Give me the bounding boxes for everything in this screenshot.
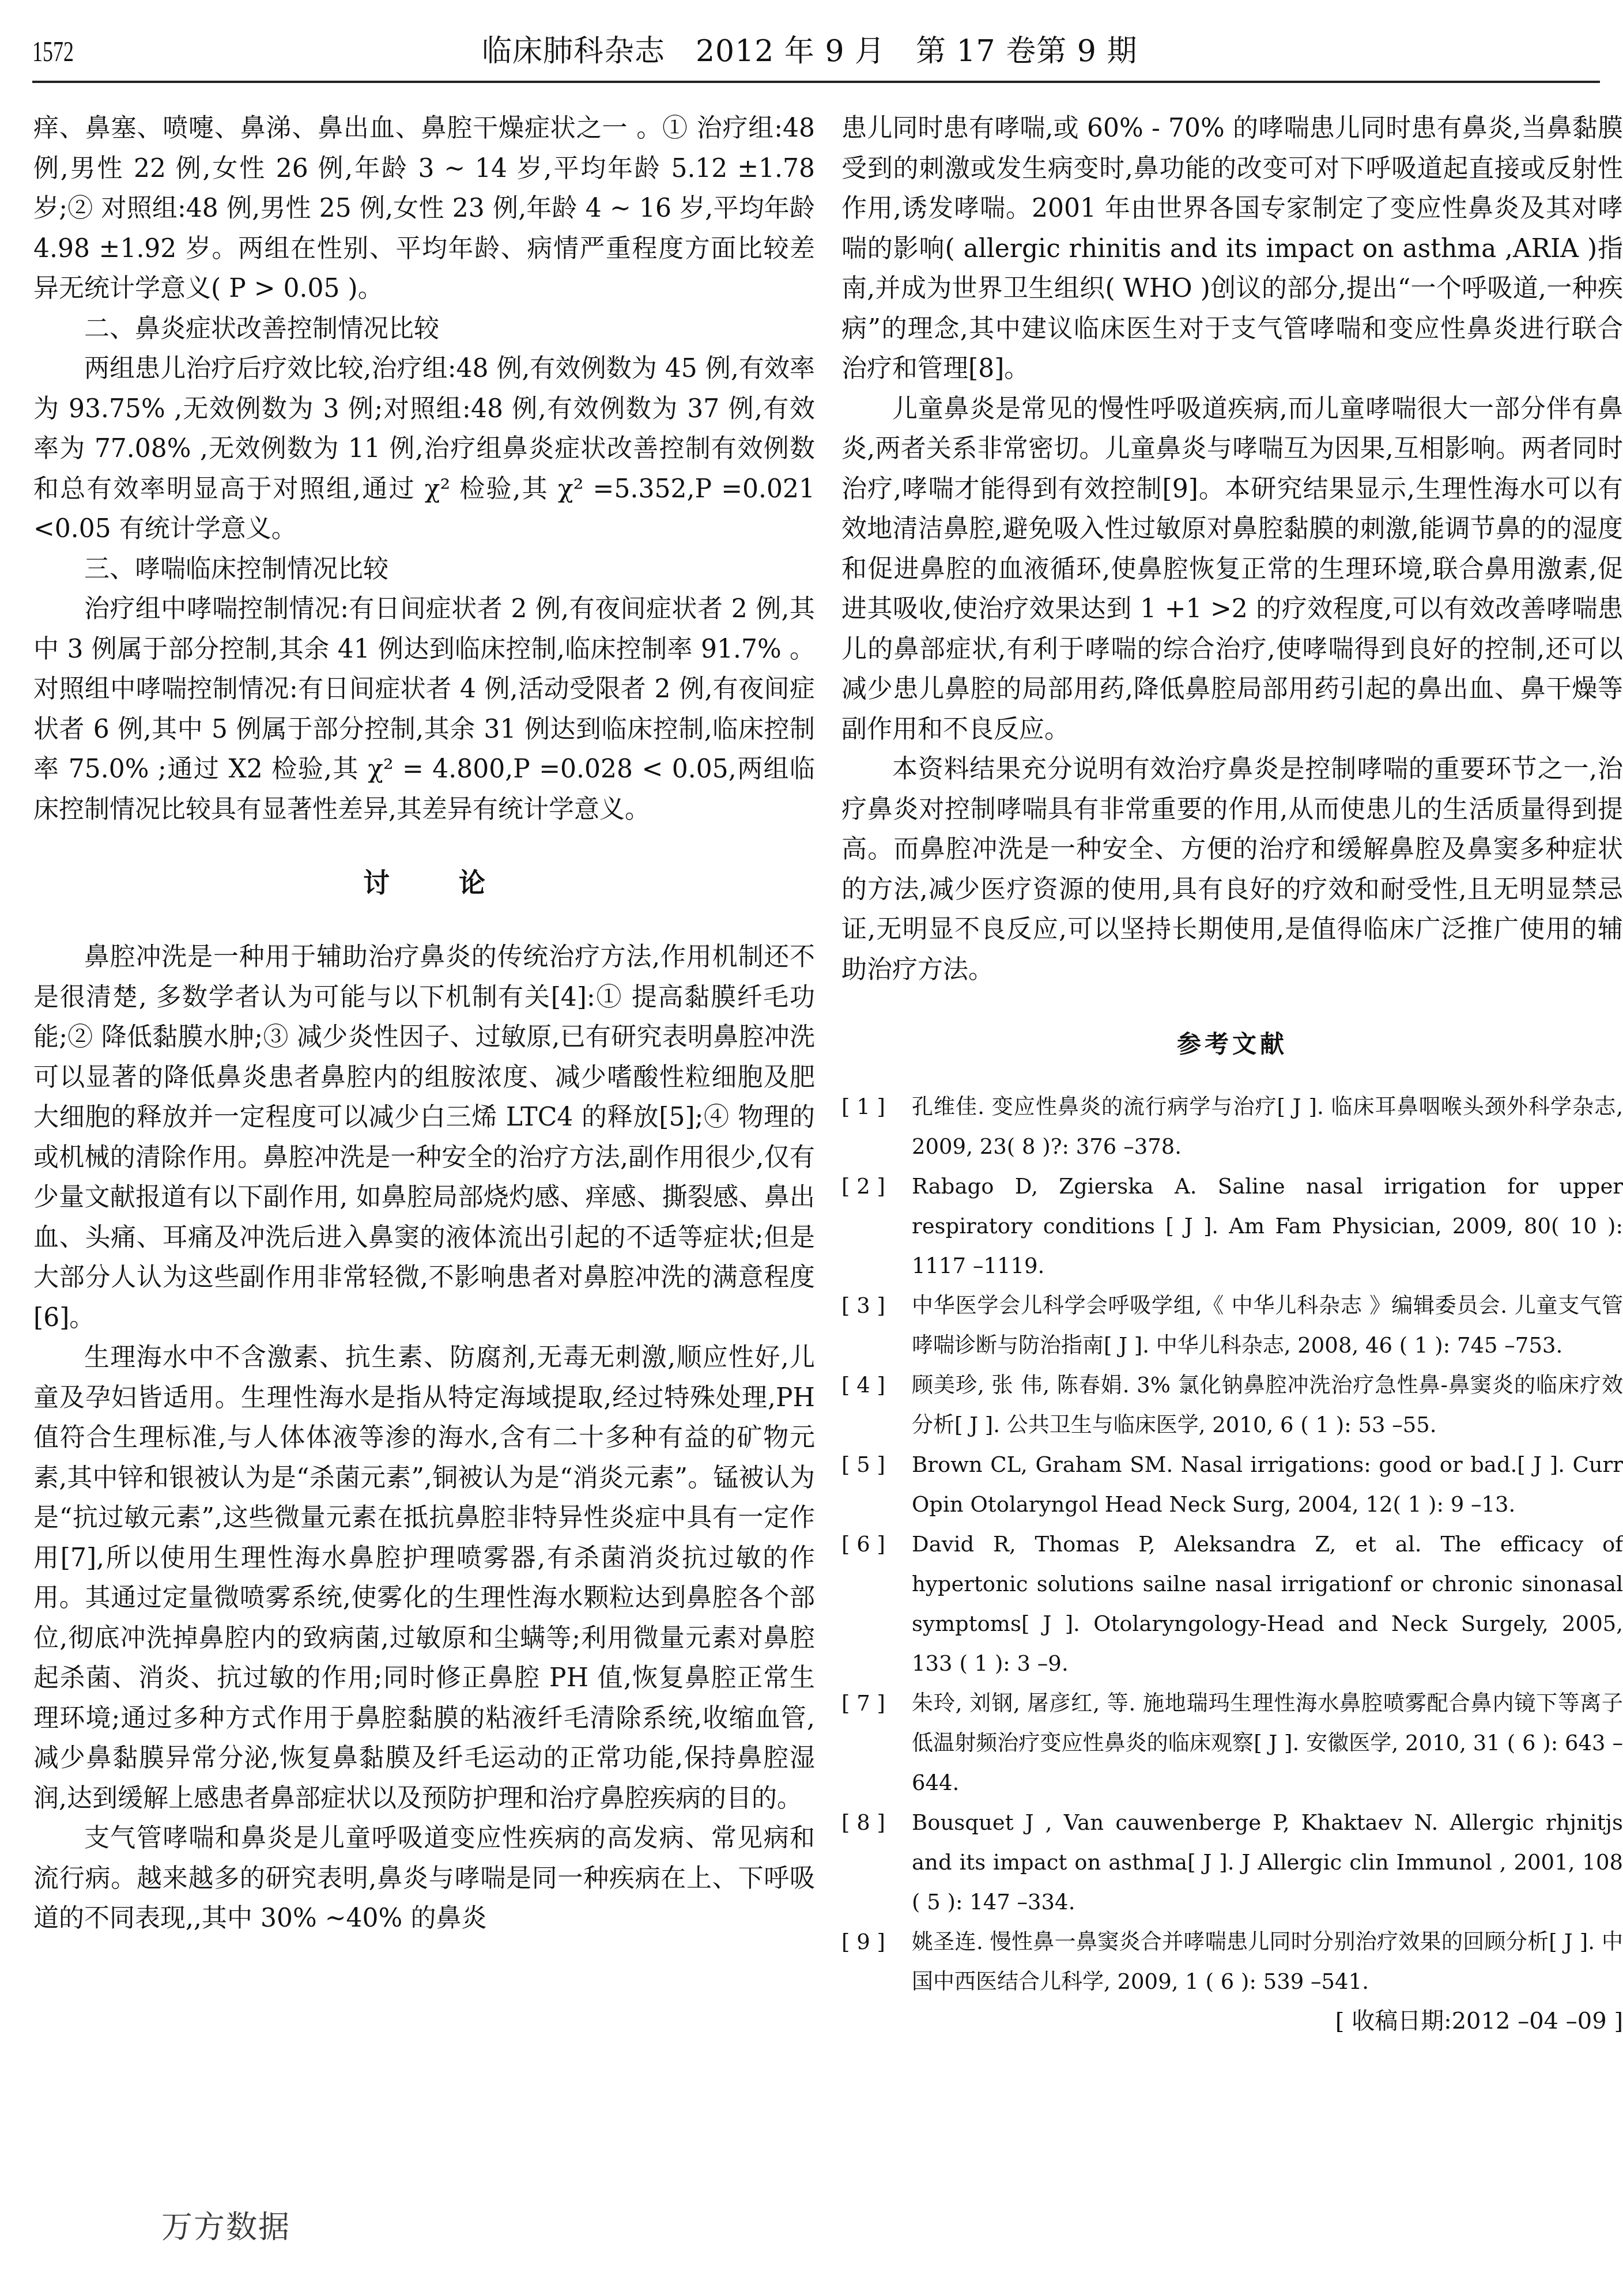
right-column: 患儿同时患有哮喘,或 60% - 70% 的哮喘患儿同时患有鼻炎,当鼻黏膜受到的… <box>841 108 1623 2041</box>
reference-text: Bousquet J , Van cauwenberge P, Khaktaev… <box>912 1803 1623 1922</box>
reference-text: David R, Thomas P, Aleksandra Z, et al. … <box>912 1524 1623 1683</box>
reference-text: Brown CL, Graham SM. Nasal irrigations: … <box>912 1445 1623 1524</box>
reference-number: [ 6 ] <box>841 1524 912 1683</box>
subheading-asthma-control: 三、哮喘临床控制情况比较 <box>33 549 815 590</box>
reference-item: [ 7 ] 朱玲, 刘钢, 屠彦红, 等. 施地瑞玛生理性海水鼻腔喷雾配合鼻内镜… <box>841 1683 1623 1803</box>
paragraph-rhinitis-results: 两组患儿治疗后疗效比较,治疗组:48 例,有效例数为 45 例,有效率为 93.… <box>33 349 815 549</box>
paragraph-aria: 患儿同时患有哮喘,或 60% - 70% 的哮喘患儿同时患有鼻炎,当鼻黏膜受到的… <box>841 108 1623 389</box>
received-date: [ 收稿日期:2012 –04 –09 ] <box>841 2002 1623 2041</box>
reference-number: [ 9 ] <box>841 1922 912 2002</box>
reference-item: [ 4 ] 顾美珍, 张 伟, 陈春娟. 3% 氯化钠鼻腔冲洗治疗急性鼻-鼻窦炎… <box>841 1365 1623 1445</box>
page-header: 1572 临床肺科杂志 2012 年 9 月 第 17 卷第 9 期 <box>32 28 1600 75</box>
paragraph-asthma-rhinitis: 支气管哮喘和鼻炎是儿童呼吸道变应性疾病的高发病、常见病和流行病。越来越多的研究表… <box>33 1818 815 1939</box>
reference-number: [ 4 ] <box>841 1365 912 1445</box>
reference-text: 朱玲, 刘钢, 屠彦红, 等. 施地瑞玛生理性海水鼻腔喷雾配合鼻内镜下等离子低温… <box>912 1683 1623 1803</box>
header-rule <box>32 81 1600 83</box>
watermark-logo: 万方数据 <box>161 2203 290 2247</box>
reference-number: [ 8 ] <box>841 1803 912 1922</box>
reference-item: [ 8 ] Bousquet J , Van cauwenberge P, Kh… <box>841 1803 1623 1922</box>
reference-text: 顾美珍, 张 伟, 陈春娟. 3% 氯化钠鼻腔冲洗治疗急性鼻-鼻窦炎的临床疗效分… <box>912 1365 1623 1445</box>
paragraph-sea-water: 生理海水中不含激素、抗生素、防腐剂,无毒无刺激,顺应性好,儿童及孕妇皆适用。生理… <box>33 1338 815 1818</box>
reference-item: [ 3 ] 中华医学会儿科学会呼吸学组,《 中华儿科杂志 》编辑委员会. 儿童支… <box>841 1286 1623 1365</box>
left-column: 痒、鼻塞、喷嚏、鼻涕、鼻出血、鼻腔干燥症状之一 。① 治疗组:48 例,男性 2… <box>33 108 815 1939</box>
reference-number: [ 5 ] <box>841 1445 912 1524</box>
paragraph-study-results: 儿童鼻炎是常见的慢性呼吸道疾病,而儿童哮喘很大一部分伴有鼻炎,两者关系非常密切。… <box>841 389 1623 750</box>
reference-number: [ 7 ] <box>841 1683 912 1803</box>
journal-info: 临床肺科杂志 2012 年 9 月 第 17 卷第 9 期 <box>482 28 1137 75</box>
reference-text: 姚圣连. 慢性鼻一鼻窦炎合并哮喘患儿同时分别治疗效果的回顾分析[ J ]. 中国… <box>912 1922 1623 2002</box>
reference-item: [ 1 ] 孔维佳. 变应性鼻炎的流行病学与治疗[ J ]. 临床耳鼻咽喉头颈外… <box>841 1087 1623 1166</box>
references-title: 参考文献 <box>841 1024 1623 1064</box>
reference-number: [ 3 ] <box>841 1286 912 1365</box>
paragraph-patient-groups: 痒、鼻塞、喷嚏、鼻涕、鼻出血、鼻腔干燥症状之一 。① 治疗组:48 例,男性 2… <box>33 108 815 309</box>
paragraph-nasal-irrigation: 鼻腔冲洗是一种用于辅助治疗鼻炎的传统治疗方法,作用机制还不是很清楚, 多数学者认… <box>33 937 815 1338</box>
reference-item: [ 2 ] Rabago D, Zgierska A. Saline nasal… <box>841 1166 1623 1286</box>
paragraph-conclusion: 本资料结果充分说明有效治疗鼻炎是控制哮喘的重要环节之一,治疗鼻炎对控制哮喘具有非… <box>841 749 1623 990</box>
reference-text: 中华医学会儿科学会呼吸学组,《 中华儿科杂志 》编辑委员会. 儿童支气管哮喘诊断… <box>912 1286 1623 1365</box>
reference-text: Rabago D, Zgierska A. Saline nasal irrig… <box>912 1166 1623 1286</box>
references-list: [ 1 ] 孔维佳. 变应性鼻炎的流行病学与治疗[ J ]. 临床耳鼻咽喉头颈外… <box>841 1087 1623 2002</box>
reference-item: [ 6 ] David R, Thomas P, Aleksandra Z, e… <box>841 1524 1623 1683</box>
reference-text: 孔维佳. 变应性鼻炎的流行病学与治疗[ J ]. 临床耳鼻咽喉头颈外科学杂志, … <box>912 1087 1623 1166</box>
paragraph-asthma-results: 治疗组中哮喘控制情况:有日间症状者 2 例,有夜间症状者 2 例,其中 3 例属… <box>33 589 815 829</box>
reference-number: [ 2 ] <box>841 1166 912 1286</box>
page-number: 1572 <box>32 28 74 75</box>
reference-item: [ 5 ] Brown CL, Graham SM. Nasal irrigat… <box>841 1445 1623 1524</box>
subheading-rhinitis-control: 二、鼻炎症状改善控制情况比较 <box>33 309 815 349</box>
reference-number: [ 1 ] <box>841 1087 912 1166</box>
reference-item: [ 9 ] 姚圣连. 慢性鼻一鼻窦炎合并哮喘患儿同时分别治疗效果的回顾分析[ J… <box>841 1922 1623 2002</box>
section-title-discussion: 讨论 <box>33 863 815 902</box>
